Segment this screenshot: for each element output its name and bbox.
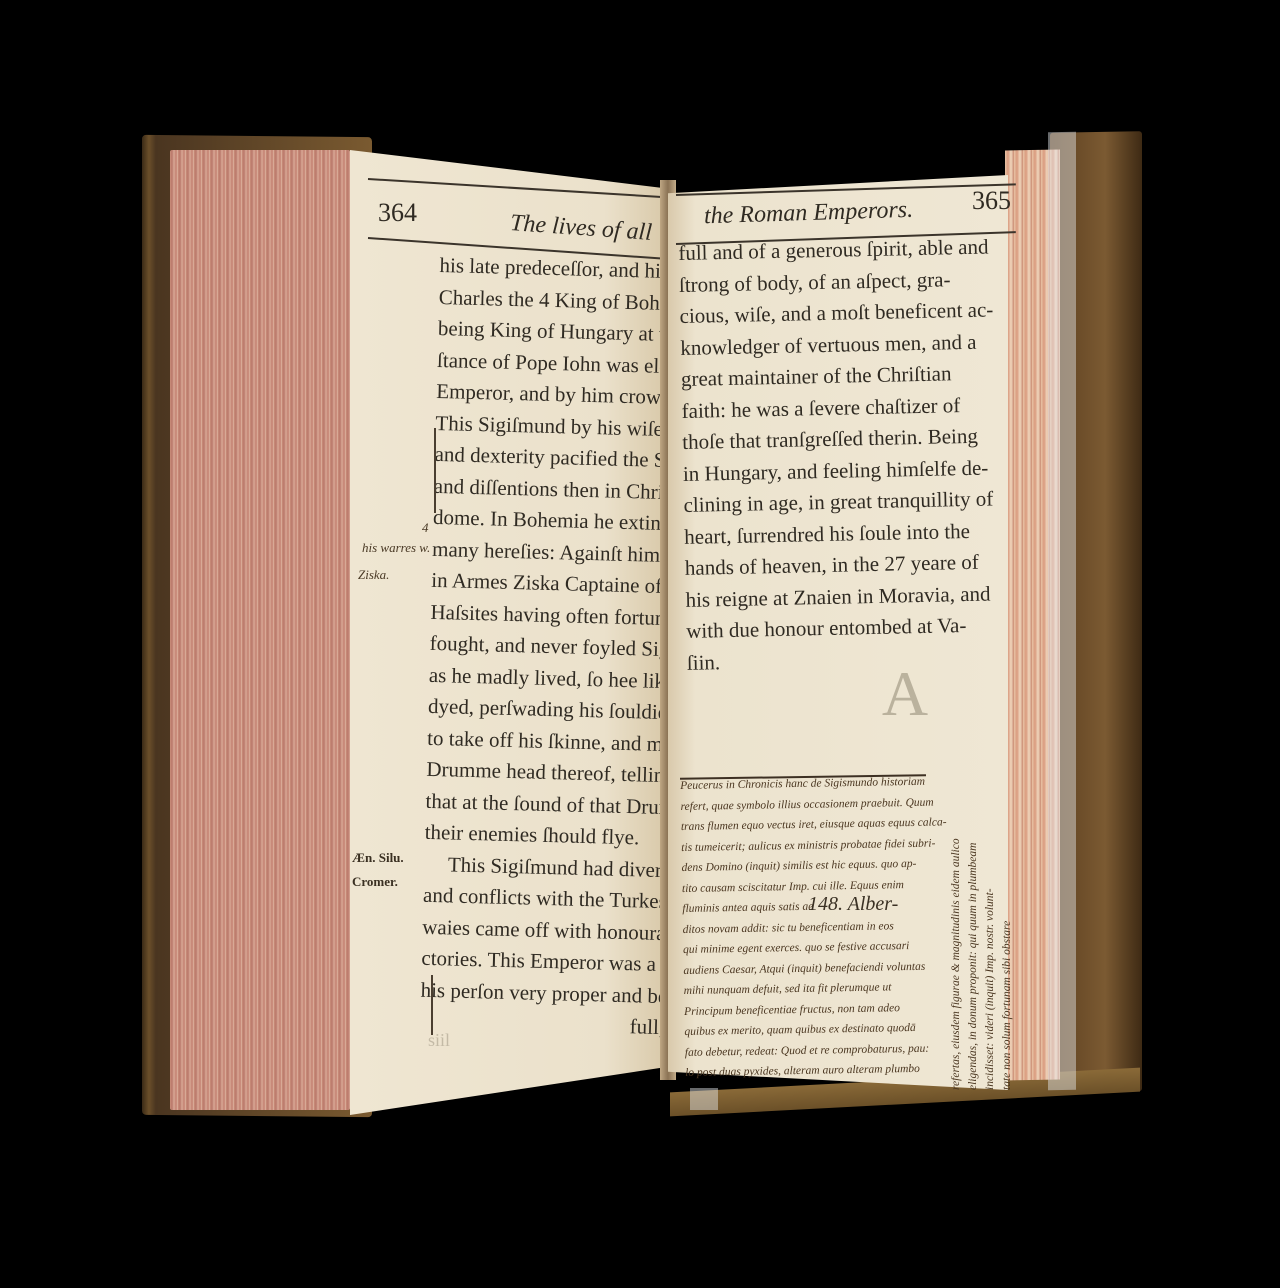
- manuscript-number-note: 148. Alber-: [808, 893, 898, 916]
- handwritten-margin-note: his warres w.: [362, 540, 430, 556]
- vertical-margin-notes: refertas, eiusdem figurae & magnitudinis…: [948, 650, 1018, 1090]
- page-number-left: 364: [378, 198, 417, 228]
- page-number-right: 365: [972, 186, 1011, 216]
- printed-margin-note: Æn. Silu.: [352, 850, 404, 866]
- left-fore-edge: [170, 150, 350, 1110]
- show-through-text: siil: [428, 1030, 450, 1051]
- vertical-note-line: incidisset: videri (inquit) Imp. nostr. …: [982, 650, 999, 1090]
- vertical-note-line: eligendas, in donum proponit: qui quum i…: [965, 650, 982, 1090]
- decorative-initial-show-through: A: [872, 658, 938, 730]
- handwritten-margin-note: Ziska.: [358, 567, 389, 583]
- book-photograph: 364 The lives of all his late predeceſſo…: [0, 0, 1280, 1288]
- protective-tape: [1048, 132, 1076, 1090]
- margin-bracket: [434, 428, 436, 513]
- vertical-note-line: tate non solum fortunam sibi obstare: [999, 650, 1016, 1090]
- protective-tape: [690, 1088, 718, 1110]
- vertical-note-line: refertas, eiusdem figurae & magnitudinis…: [948, 650, 965, 1090]
- right-page-text: full and of a generous ſpirit, able and …: [678, 231, 1001, 678]
- manuscript-note: Peucerus in Chronicis hanc de Sigismundo…: [680, 771, 955, 1083]
- margin-mark: 4: [422, 520, 429, 536]
- text-line: with due honour entombed at Va-: [686, 609, 1000, 647]
- printed-margin-note: Cromer.: [352, 874, 398, 890]
- margin-bracket: [431, 975, 433, 1035]
